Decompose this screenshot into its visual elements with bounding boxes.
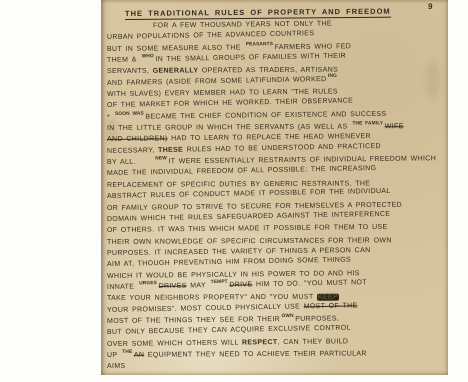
struck-out-word: MOST OF THE	[304, 302, 358, 310]
handwritten-text: IN THE SMALL GROUPS OF FAMILIES WITH THE…	[155, 53, 346, 63]
handwritten-text: AND FARMERS (ASIDE FROM SOME LATIFUNDIA …	[107, 76, 327, 87]
handwritten-text: SERVANTS,	[107, 68, 153, 75]
handwritten-text: BUT IN SOME MEASURE ALSO THE	[107, 44, 244, 53]
inserted-word: PEASANTS	[246, 42, 273, 47]
handwritten-text: URBAN POPULATIONS OF THE ADVANCED COUNTR…	[107, 31, 314, 42]
struck-out-word: WIFE	[385, 123, 404, 130]
inserted-word: NEW	[155, 156, 167, 161]
handwritten-text: THEM &	[107, 56, 140, 64]
handwritten-text: BECAME THE CHIEF CONDITION OF EXISTENCE …	[145, 111, 386, 121]
manuscript-line: AIMS	[107, 358, 442, 373]
inserted-word: THE	[122, 350, 132, 355]
handwritten-text: DOMAIN WHICH THE RULES SAFEGUARDED AGAIN…	[107, 211, 391, 223]
handwritten-text: RESPECT	[242, 339, 278, 346]
inserted-word: SOON WAS	[115, 111, 144, 116]
handwritten-text: OF THE MARKET FOR WHICH HE WORKED. THEIR…	[107, 98, 353, 110]
inserted-word: THE FAMILY	[352, 121, 383, 126]
inserted-word: WHO	[142, 54, 154, 59]
inserted-word: OWN	[281, 314, 293, 319]
handwritten-text: , CAN THEY BUILD	[277, 338, 348, 346]
handwritten-text: AIMS	[107, 363, 126, 370]
handwritten-text: OVER SOME WHICH OTHERS WILL	[107, 339, 242, 348]
struck-out-word: AND CHILDREN)	[107, 136, 168, 144]
manuscript-lines: FOR A FEW THOUSAND YEARS NOT ONLY THEURB…	[107, 21, 442, 373]
handwritten-text: INNATE	[107, 283, 138, 291]
handwritten-text: MADE THE INDIVIDUAL FREEDOM OF ALL POSSI…	[107, 166, 377, 178]
inserted-word: ING	[328, 74, 337, 79]
manuscript-page: THE TRADITIONAL RULES OF PROPERTY AND FR…	[101, 0, 448, 375]
handwritten-text: ABSTRACT RULES OF CONDUCT MADE IT POSSIB…	[107, 188, 391, 200]
inserted-word: URGES	[139, 281, 157, 286]
handwritten-text: MAY	[187, 282, 210, 289]
handwritten-text: UP	[107, 352, 121, 359]
handwritten-text: FARMERS	[275, 43, 311, 50]
handwritten-text: RULES HAD TO BE UNDERSTOOD AND PRACTICED	[183, 143, 381, 154]
handwritten-text: OF OTHERS. IT WAS THIS WHICH MADE IT POS…	[107, 224, 388, 234]
handwritten-text: THESE	[158, 146, 183, 153]
struck-out-word: DRIVES	[158, 282, 186, 290]
handwritten-text: YOUR PROMISES". MOST COULD PHYSICALLY US…	[107, 303, 304, 314]
handwritten-text: THEIR OWN KNOWLEDGE OF SPECIFIC CIRCUMST…	[107, 237, 392, 246]
manuscript-line: OF OTHERS. IT WAS THIS WHICH MADE IT POS…	[107, 221, 442, 236]
handwritten-text: HIM TO DO. "YOU MUST NOT	[252, 279, 367, 288]
page-number: 9	[427, 2, 432, 11]
handwritten-text: PURPOSES,	[295, 315, 339, 322]
handwritten-text: WHO FED	[311, 43, 351, 50]
handwritten-text: BY ALL.	[107, 159, 136, 166]
handwritten-text: NECESSARY,	[107, 147, 158, 155]
struck-out-word: DRIVE	[229, 281, 252, 288]
struck-out-word: AN	[134, 352, 144, 359]
handwritten-text: GENERALLY	[153, 68, 199, 75]
handwritten-text: *	[107, 114, 114, 121]
handwritten-text: BUT ONLY BECAUSE THEY CAN ACQUIRE EXCLUS…	[107, 325, 351, 336]
handwritten-text: AIM AT, THOUGH PREVENTING HIM FROM DOING…	[107, 257, 351, 268]
inserted-word: TEMPT	[211, 280, 228, 285]
